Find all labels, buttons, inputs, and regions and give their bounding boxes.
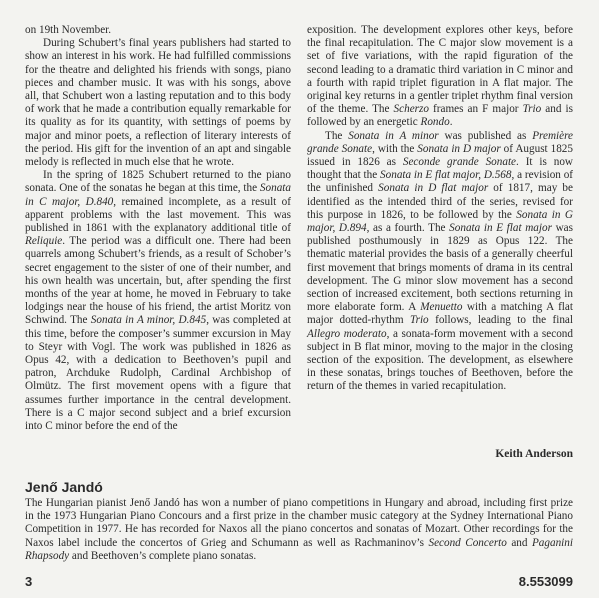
paragraph: In the spring of 1825 Schubert returned …	[25, 169, 291, 433]
paragraph: exposition. The development explores oth…	[307, 24, 573, 130]
right-column: exposition. The development explores oth…	[307, 24, 573, 394]
catalogue-number: 8.553099	[519, 574, 573, 589]
paragraph: During Schubert’s final years publishers…	[25, 37, 291, 169]
paragraph: The Sonata in A minor was published as P…	[307, 130, 573, 394]
page-number: 3	[25, 574, 32, 589]
author-signature: Keith Anderson	[307, 448, 573, 460]
paragraph: on 19th November.	[25, 24, 291, 37]
left-column: on 19th November. During Schubert’s fina…	[25, 24, 291, 433]
bio-text: The Hungarian pianist Jenő Jandó has won…	[25, 497, 573, 563]
bio-heading: Jenő Jandó	[25, 479, 103, 495]
booklet-page: on 19th November. During Schubert’s fina…	[0, 0, 599, 598]
